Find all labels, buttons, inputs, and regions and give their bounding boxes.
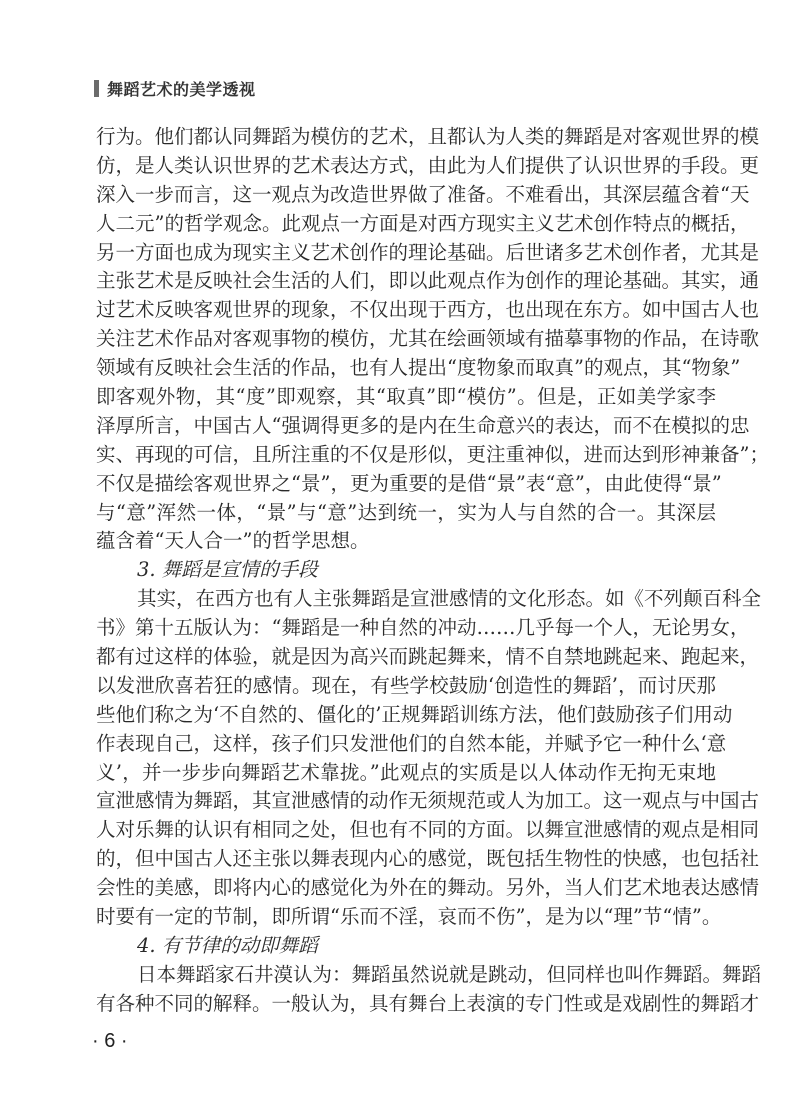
page-number: · 6 · bbox=[92, 1030, 128, 1053]
text-line: 行为。他们都认同舞蹈为模仿的艺术，且都认为人类的舞蹈是对客观世界的模 bbox=[96, 123, 716, 152]
text-line: 书》第十五版认为：“舞蹈是一种自然的冲动……几乎每一个人，无论男女， bbox=[96, 614, 716, 643]
text-line: 与“意”浑然一体，“景”与“意”达到统一，实为人与自然的合一。其深层 bbox=[96, 499, 716, 528]
text-line: 蕴含着“天人合一”的哲学思想。 bbox=[96, 527, 716, 556]
header-marker-bar bbox=[94, 80, 99, 97]
text-line: 主张艺术是反映社会生活的人们，即以此观点作为创作的理论基础。其实，通 bbox=[96, 267, 716, 296]
text-line: 人二元”的哲学观念。此观点一方面是对西方现实主义艺术创作特点的概括， bbox=[96, 210, 716, 239]
text-line: 宣泄感情为舞蹈，其宣泄感情的动作无须规范或人为加工。这一观点与中国古 bbox=[96, 787, 716, 816]
text-line: 即客观外物，其“度”即观察，其“取真”即“模仿”。但是，正如美学家李 bbox=[96, 383, 716, 412]
text-line: 仿，是人类认识世界的艺术表达方式，由此为人们提供了认识世界的手段。更 bbox=[96, 152, 716, 181]
text-line: 其实，在西方也有人主张舞蹈是宣泄感情的文化形态。如《不列颠百科全 bbox=[96, 585, 716, 614]
text-line: 义’，并一步步向舞蹈艺术靠拢。”此观点的实质是以人体动作无拘无束地 bbox=[96, 759, 716, 788]
text-line: 作表现自己，这样，孩子们只发泄他们的自然本能，并赋予它一种什么‘意 bbox=[96, 730, 716, 759]
book-title: 舞蹈艺术的美学透视 bbox=[107, 77, 256, 100]
text-line: 实、再现的可信，且所注重的不仅是形似，更注重神似，进而达到形神兼备”； bbox=[96, 441, 716, 470]
text-line: 有各种不同的解释。一般认为，具有舞台上表演的专门性或是戏剧性的舞蹈才 bbox=[96, 990, 716, 1019]
text-line: 泽厚所言，中国古人“强调得更多的是内在生命意兴的表达，而不在模拟的忠 bbox=[96, 412, 716, 441]
section-heading: 4. 有节律的动即舞蹈 bbox=[96, 932, 716, 961]
text-line: 些他们称之为‘不自然的、僵化的’正规舞蹈训练方法，他们鼓励孩子们用动 bbox=[96, 701, 716, 730]
text-line: 过艺术反映客观世界的现象，不仅出现于西方，也出现在东方。如中国古人也 bbox=[96, 296, 716, 325]
text-line: 时要有一定的节制，即所谓“乐而不淫，哀而不伤”，是为以“理”节“情”。 bbox=[96, 903, 716, 932]
running-header: 舞蹈艺术的美学透视 bbox=[94, 76, 256, 100]
text-line: 不仅是描绘客观世界之“景”，更为重要的是借“景”表“意”，由此使得“景” bbox=[96, 470, 716, 499]
text-line: 以发泄欣喜若狂的感情。现在，有些学校鼓励‘创造性的舞蹈’，而讨厌那 bbox=[96, 672, 716, 701]
text-line: 领域有反映社会生活的作品，也有人提出“度物象而取真”的观点，其“物象” bbox=[96, 354, 716, 383]
text-line: 都有过这样的体验，就是因为高兴而跳起舞来，情不自禁地跳起来、跑起来， bbox=[96, 643, 716, 672]
text-line: 日本舞蹈家石井漠认为：舞蹈虽然说就是跳动，但同样也叫作舞蹈。舞蹈 bbox=[96, 961, 716, 990]
text-line: 人对乐舞的认识有相同之处，但也有不同的方面。以舞宣泄感情的观点是相同 bbox=[96, 816, 716, 845]
text-line: 另一方面也成为现实主义艺术创作的理论基础。后世诸多艺术创作者，尤其是 bbox=[96, 239, 716, 268]
text-line: 深入一步而言，这一观点为改造世界做了准备。不难看出，其深层蕴含着“天 bbox=[96, 181, 716, 210]
text-line: 关注艺术作品对客观事物的模仿，尤其在绘画领域有描摹事物的作品，在诗歌 bbox=[96, 325, 716, 354]
text-line: 会性的美感，即将内心的感觉化为外在的舞动。另外，当人们艺术地表达感情 bbox=[96, 874, 716, 903]
section-heading: 3. 舞蹈是宣情的手段 bbox=[96, 556, 716, 585]
text-line: 的，但中国古人还主张以舞表现内心的感觉，既包括生物性的快感，也包括社 bbox=[96, 845, 716, 874]
page-body: 行为。他们都认同舞蹈为模仿的艺术，且都认为人类的舞蹈是对客观世界的模仿，是人类认… bbox=[96, 123, 716, 1019]
